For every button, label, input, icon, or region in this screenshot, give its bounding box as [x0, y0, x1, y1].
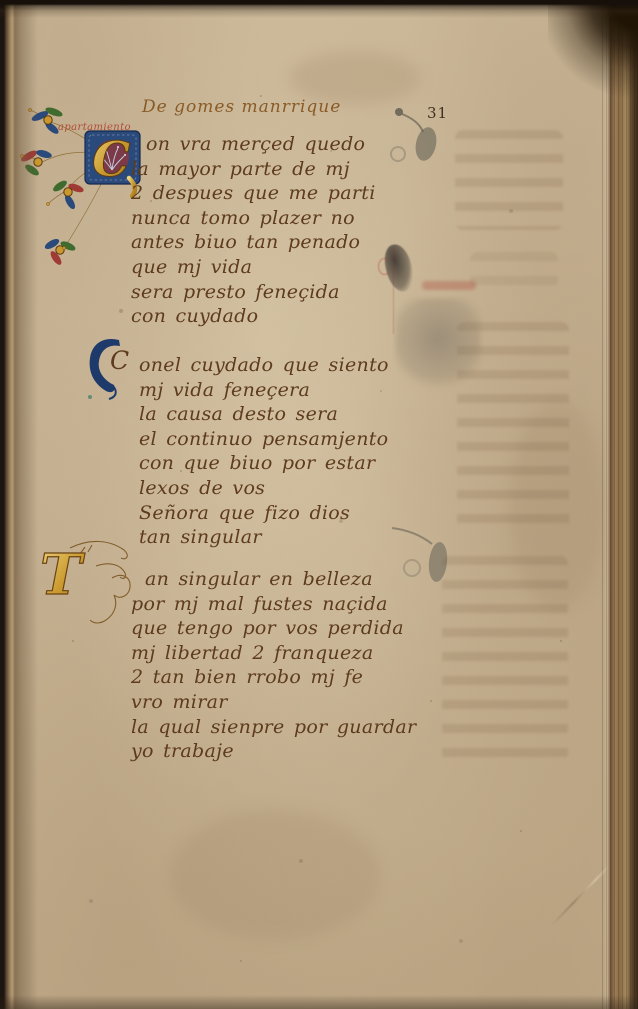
verse-line: vro mirar	[131, 691, 416, 716]
verse-line: mj vida feneçera	[139, 379, 389, 404]
parchment-stain	[170, 810, 380, 940]
ink-showthrough	[470, 252, 558, 288]
verse-line: que mj vida	[131, 256, 376, 281]
folio-number: 31	[427, 104, 448, 122]
verse-line: yo trabaje	[131, 740, 416, 765]
verse-line: an singular en belleza	[131, 568, 416, 593]
stanza-2: onel cuydado que siento mj vida feneçera…	[139, 354, 389, 551]
verse-line: sera presto feneçida	[131, 281, 376, 306]
red-ruling-showthrough	[393, 248, 394, 334]
verse-line: tan singular	[139, 526, 389, 551]
verse-line: con cuydado	[131, 305, 376, 330]
verse-line: 2 tan bien rrobo mj fe	[131, 666, 416, 691]
verse-line: la causa desto sera	[139, 403, 389, 428]
red-ink-showthrough	[422, 281, 476, 290]
stanza-2-initial: C	[110, 346, 129, 375]
book-corner-dark	[548, 0, 638, 160]
verse-line: que tengo por vos perdida	[131, 617, 416, 642]
initial-showthrough	[395, 298, 481, 388]
verse-line: onel cuydado que siento	[139, 354, 389, 379]
verse-line: lexos de vos	[139, 477, 389, 502]
stanza-3: an singular en belleza por mj mal fustes…	[131, 568, 416, 765]
verse-line: on vra merçed quedo	[131, 133, 376, 158]
book-top-edge	[0, 0, 638, 18]
stanza-1-initial-letter: C	[92, 132, 130, 188]
verse-line: antes biuo tan penado	[131, 231, 376, 256]
ink-showthrough	[455, 130, 563, 230]
gold-cadel-initial: T	[26, 532, 144, 630]
verse-line: con que biuo por estar	[139, 452, 389, 477]
book-bottom-shadow	[0, 995, 638, 1009]
verse-line: mj libertad 2 franqueza	[131, 642, 416, 667]
book-gutter-shadow	[0, 0, 40, 1009]
parchment: De gomes manrrique 31 apartamiento	[0, 0, 638, 1009]
verse-line: 2 despues que me parti	[131, 182, 376, 207]
manuscript-page-photo: De gomes manrrique 31 apartamiento	[0, 0, 638, 1009]
running-title: De gomes manrrique	[142, 97, 341, 117]
ink-showthrough	[442, 556, 568, 762]
verse-line: Señora que fizo dios	[139, 502, 389, 527]
verse-line: por mj mal fustes naçida	[131, 593, 416, 618]
verse-line: la mayor parte de mj	[131, 158, 376, 183]
red-ink-showthrough	[378, 258, 391, 275]
verse-line: nunca tomo plazer no	[131, 207, 376, 232]
stanza-3-initial-letter: T	[40, 542, 86, 608]
verse-line: la qual sienpre por guardar	[131, 716, 416, 741]
verse-line: el continuo pensamjento	[139, 428, 389, 453]
stanza-1: on vra merçed quedo la mayor parte de mj…	[131, 133, 376, 330]
